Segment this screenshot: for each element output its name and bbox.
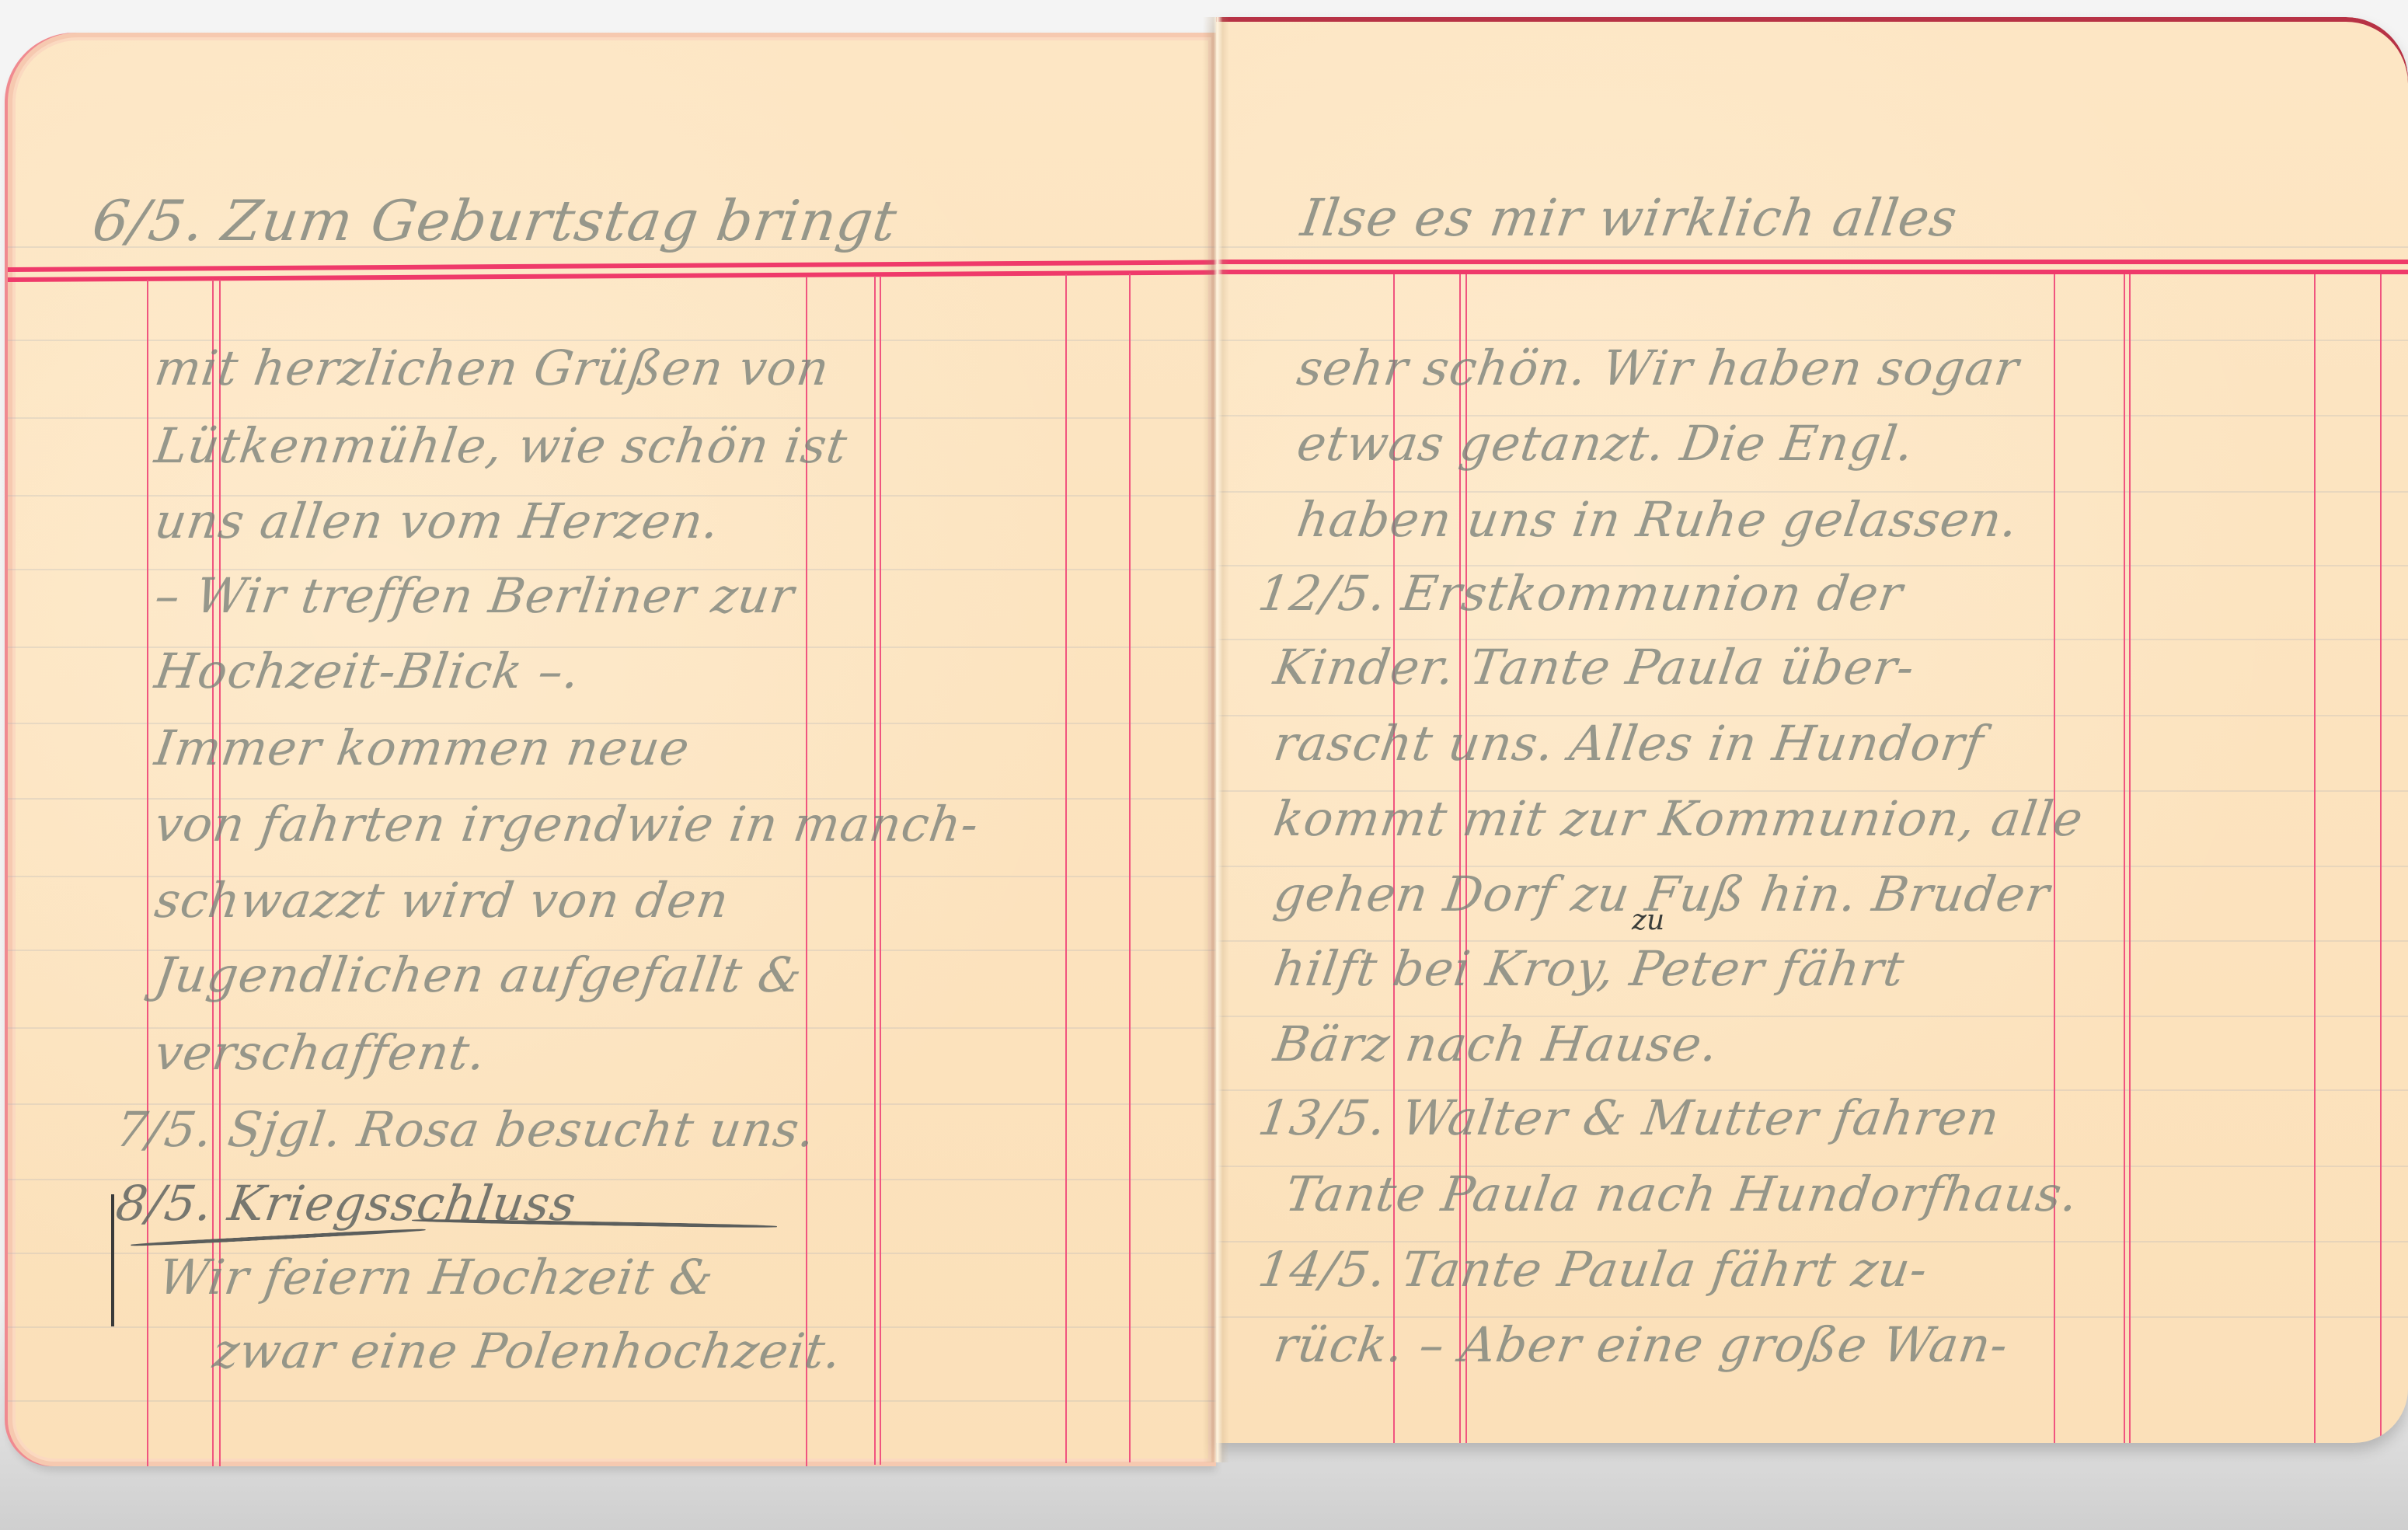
- diary-line: von fahrten irgendwie in manch-: [152, 796, 983, 852]
- diary-line: rascht uns. Alles in Hundorf: [1270, 715, 1988, 772]
- diary-entry-13-5: 13/5. Walter & Mutter fahren: [1255, 1089, 2003, 1146]
- diary-line: Wir feiern Hochzeit &: [155, 1249, 718, 1305]
- diary-line: zwar eine Polenhochzeit.: [210, 1323, 845, 1379]
- header-rule-top: [8, 260, 1216, 272]
- diary-line: rück. – Aber eine große Wan-: [1270, 1316, 2012, 1373]
- diary-line: Immer kommen neue: [152, 720, 693, 776]
- column-rule: [2124, 274, 2125, 1443]
- diary-line: – Wir treffen Berliner zur: [152, 567, 798, 624]
- column-rule: [874, 276, 876, 1465]
- diary-line: kommt mit zur Kommunion, alle: [1270, 790, 2087, 847]
- diary-line: haben uns in Ruhe gelassen.: [1294, 491, 2022, 548]
- open-notebook: 6/5. Zum Geburtstag bringt mit herzliche…: [0, 0, 2408, 1530]
- diary-entry-14-5: 14/5. Tante Paula fährt zu-: [1255, 1241, 1932, 1298]
- header-entry-right: Ilse es mir wirklich alles: [1298, 188, 1961, 248]
- column-rule: [880, 276, 881, 1465]
- diary-line: Lütkenmühle, wie schön ist: [152, 417, 851, 474]
- diary-line: hilft bei Kroy, Peter fährt: [1270, 940, 1908, 997]
- column-rule: [2054, 274, 2055, 1443]
- column-rule: [2380, 274, 2382, 1443]
- left-page: 6/5. Zum Geburtstag bringt mit herzliche…: [8, 33, 1216, 1466]
- column-rule: [147, 280, 148, 1466]
- diary-line: sehr schön. Wir haben sogar: [1294, 340, 2023, 396]
- diary-entry-7-5: 7/5. Sjgl. Rosa besucht uns.: [113, 1101, 819, 1158]
- book-gutter: [1203, 17, 1229, 1462]
- diary-line: Hochzeit-Blick –.: [152, 643, 584, 699]
- header-rule-bottom: [8, 270, 1216, 282]
- column-rule: [2129, 274, 2131, 1443]
- diary-line: uns allen vom Herzen.: [152, 493, 723, 549]
- faint-line: [8, 1400, 1216, 1402]
- margin-mark: [111, 1194, 114, 1326]
- header-rule-top: [1216, 260, 2408, 264]
- diary-line: schwazzt wird von den: [152, 872, 733, 929]
- diary-line: etwas getanzt. Die Engl.: [1294, 415, 1918, 472]
- diary-line: verschaffent.: [152, 1024, 490, 1081]
- header-rule-bottom: [1216, 270, 2408, 274]
- column-rule: [1129, 274, 1131, 1462]
- column-rule: [2314, 274, 2316, 1443]
- diary-line: Bärz nach Hause.: [1270, 1016, 1722, 1072]
- diary-entry-12-5: 12/5. Erstkommunion der: [1255, 565, 1907, 622]
- diary-line: Kinder. Tante Paula über-: [1270, 639, 1918, 695]
- diary-line: Tante Paula nach Hundorfhaus.: [1282, 1166, 2082, 1222]
- column-rule: [1065, 274, 1067, 1463]
- right-page: Ilse es mir wirklich alles sehr schön. W…: [1216, 17, 2408, 1443]
- header-entry-left: 6/5. Zum Geburtstag bringt: [89, 188, 901, 253]
- diary-line: Jugendlichen aufgefallt &: [152, 946, 806, 1003]
- diary-line: mit herzlichen Grüßen von: [152, 340, 833, 396]
- inserted-word: zu: [1632, 904, 1664, 936]
